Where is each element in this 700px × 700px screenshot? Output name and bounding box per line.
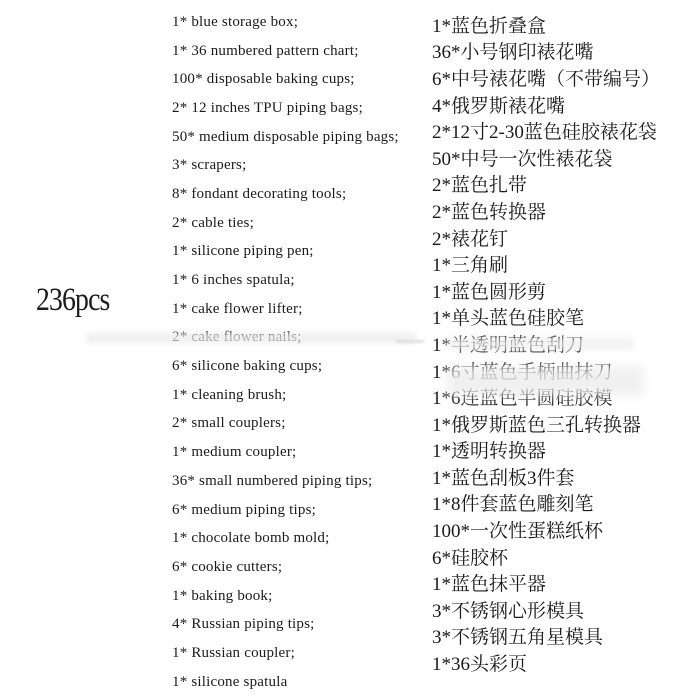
chinese-list-item: 1*蓝色圆形剪 bbox=[432, 277, 660, 304]
chinese-list-item: 1*半透明蓝色刮刀 bbox=[432, 330, 660, 357]
english-list-item: 6* cookie cutters; bbox=[172, 553, 399, 582]
chinese-item-list: 1*蓝色折叠盒36*小号钢印裱花嘴6*中号裱花嘴（不带编号）4*俄罗斯裱花嘴2*… bbox=[432, 11, 660, 676]
chinese-list-item: 1*6寸蓝色手柄曲抹刀 bbox=[432, 357, 660, 384]
english-list-item: 100* disposable baking cups; bbox=[172, 65, 399, 94]
english-list-item: 1* cleaning brush; bbox=[172, 381, 399, 410]
english-list-item: 1* 6 inches spatula; bbox=[172, 266, 399, 295]
chinese-list-item: 1*蓝色抹平器 bbox=[432, 569, 660, 596]
english-list-item: 1* chocolate bomb mold; bbox=[172, 524, 399, 553]
english-list-item: 1* Russian coupler; bbox=[172, 639, 399, 668]
english-list-item: 3* scrapers; bbox=[172, 151, 399, 180]
chinese-list-item: 6*硅胶杯 bbox=[432, 543, 660, 570]
english-list-item: 2* small couplers; bbox=[172, 410, 399, 439]
english-list-item: 50* medium disposable piping bags; bbox=[172, 123, 399, 152]
chinese-list-item: 1*8件套蓝色雕刻笔 bbox=[432, 490, 660, 517]
chinese-list-item: 2*蓝色扎带 bbox=[432, 171, 660, 198]
chinese-list-item: 100*一次性蛋糕纸杯 bbox=[432, 516, 660, 543]
chinese-list-item: 1*单头蓝色硅胶笔 bbox=[432, 304, 660, 331]
chinese-list-item: 1*透明转换器 bbox=[432, 437, 660, 464]
chinese-list-item: 36*小号钢印裱花嘴 bbox=[432, 38, 660, 65]
chinese-list-item: 1*36头彩页 bbox=[432, 649, 660, 676]
english-list-item: 2* 12 inches TPU piping bags; bbox=[172, 94, 399, 123]
english-list-item: 1* blue storage box; bbox=[172, 8, 399, 37]
watermark-smudge bbox=[396, 340, 424, 343]
chinese-list-item: 1*蓝色折叠盒 bbox=[432, 11, 660, 38]
total-quantity-label: 236pcs bbox=[36, 282, 110, 319]
chinese-list-item: 1*6连蓝色半圆硅胶模 bbox=[432, 383, 660, 410]
chinese-list-item: 1*蓝色刮板3件套 bbox=[432, 463, 660, 490]
english-list-item: 1* 36 numbered pattern chart; bbox=[172, 37, 399, 66]
chinese-list-item: 2*裱花钉 bbox=[432, 224, 660, 251]
chinese-list-item: 6*中号裱花嘴（不带编号） bbox=[432, 64, 660, 91]
english-item-list: 1* blue storage box;1* 36 numbered patte… bbox=[172, 8, 399, 697]
english-list-item: 1* cake flower lifter; bbox=[172, 295, 399, 324]
english-list-item: 1* silicone piping pen; bbox=[172, 238, 399, 267]
chinese-list-item: 2*12寸2-30蓝色硅胶裱花袋 bbox=[432, 117, 660, 144]
english-list-item: 36* small numbered piping tips; bbox=[172, 467, 399, 496]
chinese-list-item: 50*中号一次性裱花袋 bbox=[432, 144, 660, 171]
chinese-list-item: 4*俄罗斯裱花嘴 bbox=[432, 91, 660, 118]
english-list-item: 6* medium piping tips; bbox=[172, 496, 399, 525]
english-list-item: 6* silicone baking cups; bbox=[172, 352, 399, 381]
chinese-list-item: 3*不锈钢五角星模具 bbox=[432, 623, 660, 650]
english-list-item: 1* medium coupler; bbox=[172, 438, 399, 467]
chinese-list-item: 3*不锈钢心形模具 bbox=[432, 596, 660, 623]
chinese-list-item: 1*俄罗斯蓝色三孔转换器 bbox=[432, 410, 660, 437]
english-list-item: 2* cake flower nails; bbox=[172, 324, 399, 353]
packing-list-sheet: 236pcs 1* blue storage box;1* 36 numbere… bbox=[0, 0, 700, 700]
english-list-item: 8* fondant decorating tools; bbox=[172, 180, 399, 209]
english-list-item: 2* cable ties; bbox=[172, 209, 399, 238]
english-list-item: 1* baking book; bbox=[172, 582, 399, 611]
chinese-list-item: 1*三角刷 bbox=[432, 250, 660, 277]
english-list-item: 4* Russian piping tips; bbox=[172, 610, 399, 639]
english-list-item: 1* silicone spatula bbox=[172, 668, 399, 697]
chinese-list-item: 2*蓝色转换器 bbox=[432, 197, 660, 224]
